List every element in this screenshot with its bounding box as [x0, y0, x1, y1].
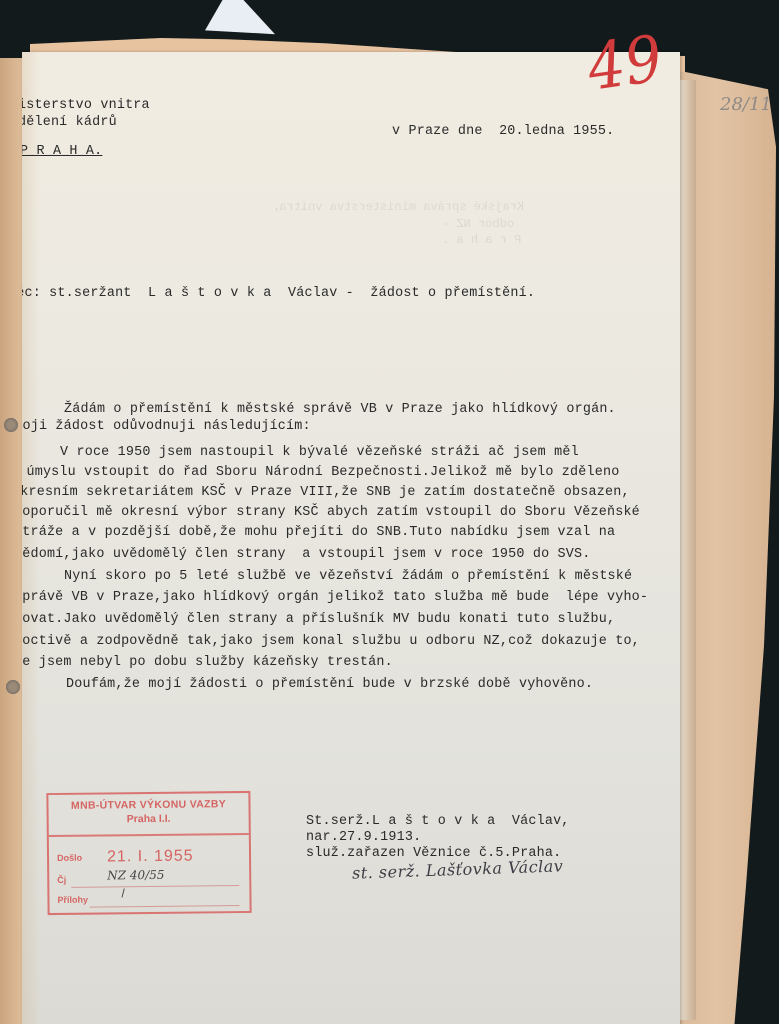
paper-tab [205, 0, 275, 38]
stamp-ref-value: NZ 40/55 [107, 868, 164, 883]
body-line: že jsem nebyl po dobu služby kázeňsky tr… [22, 655, 393, 670]
body-line: vovat.Jako uvědomělý člen strany a přísl… [22, 612, 615, 627]
body-line: Doufám,že mojí žádosti o přemístění bude… [66, 677, 593, 692]
body-line: Žádám o přemístění k městské správě VB v… [64, 402, 616, 417]
stamp-attachments-value: / [121, 886, 124, 900]
stamp-received-label: Došlo [57, 853, 82, 863]
sender-name: St.serž.L a š t o v k a Václav, [306, 814, 570, 829]
body-line: V roce 1950 jsem nastoupil k bývalé věze… [60, 445, 579, 460]
stamp-office: MNB-ÚTVAR VÝKONU VAZBY [48, 793, 248, 812]
stamp-ref-label: Čj [57, 875, 66, 885]
body-line: Stráže a v pozdější době,že mohu přejíti… [22, 525, 615, 540]
red-page-number: 49 [584, 26, 666, 99]
department-line: dělení kádrů [22, 115, 117, 130]
body-line: doporučil mě okresní výbor strany KSČ ab… [22, 505, 640, 520]
binding-hole [4, 418, 18, 432]
stamp-attachments-label: Přílohy [57, 895, 88, 905]
body-line: Nyní skoro po 5 leté službě ve vězeňství… [64, 569, 632, 584]
body-line: Svoji žádost odůvodnuji následujícím: [22, 419, 311, 434]
show-through-line: Krajské správa ministerstva vnitra, [272, 200, 524, 214]
body-line: okresním sekretariátem KSČ v Praze VIII,… [22, 485, 630, 500]
body-line: vědomí,jako uvědomělý člen strany a vsto… [22, 547, 591, 562]
city-line: P_R_A_H_A. [22, 144, 102, 159]
receipt-stamp: MNB-ÚTVAR VÝKONU VAZBY Praha I.I. Došlo … [46, 791, 251, 915]
body-line: správě VB v Praze,jako hlídkový orgán je… [22, 590, 648, 605]
stamp-city: Praha I.I. [49, 810, 249, 826]
show-through-line: odbor NZ - [442, 217, 514, 231]
body-line: v úmyslu vstoupit do řad Sboru Národní B… [22, 465, 619, 480]
sender-birthdate: nar.27.9.1913. [306, 830, 421, 845]
body-line: poctivě a zodpovědně tak,jako jsem konal… [22, 634, 640, 649]
show-through-line: P r a h a . [442, 233, 521, 247]
place-date: v Praze dne 20.ledna 1955. [392, 124, 614, 139]
subject-line: Věc: st.seržant L a š t o v k a Václav -… [22, 286, 535, 301]
stamp-received-date: 21. I. 1955 [107, 848, 194, 867]
scanned-document-scene: Krajské správa ministerstva vnitra, odbo… [0, 0, 779, 1024]
stamp-ref-rule [71, 885, 239, 888]
pencil-folio-number: 28/11 [720, 94, 772, 115]
binding-hole [6, 680, 20, 694]
stamp-attachments-rule [90, 905, 240, 908]
ministry-line: isterstvo vnitra [22, 98, 150, 113]
